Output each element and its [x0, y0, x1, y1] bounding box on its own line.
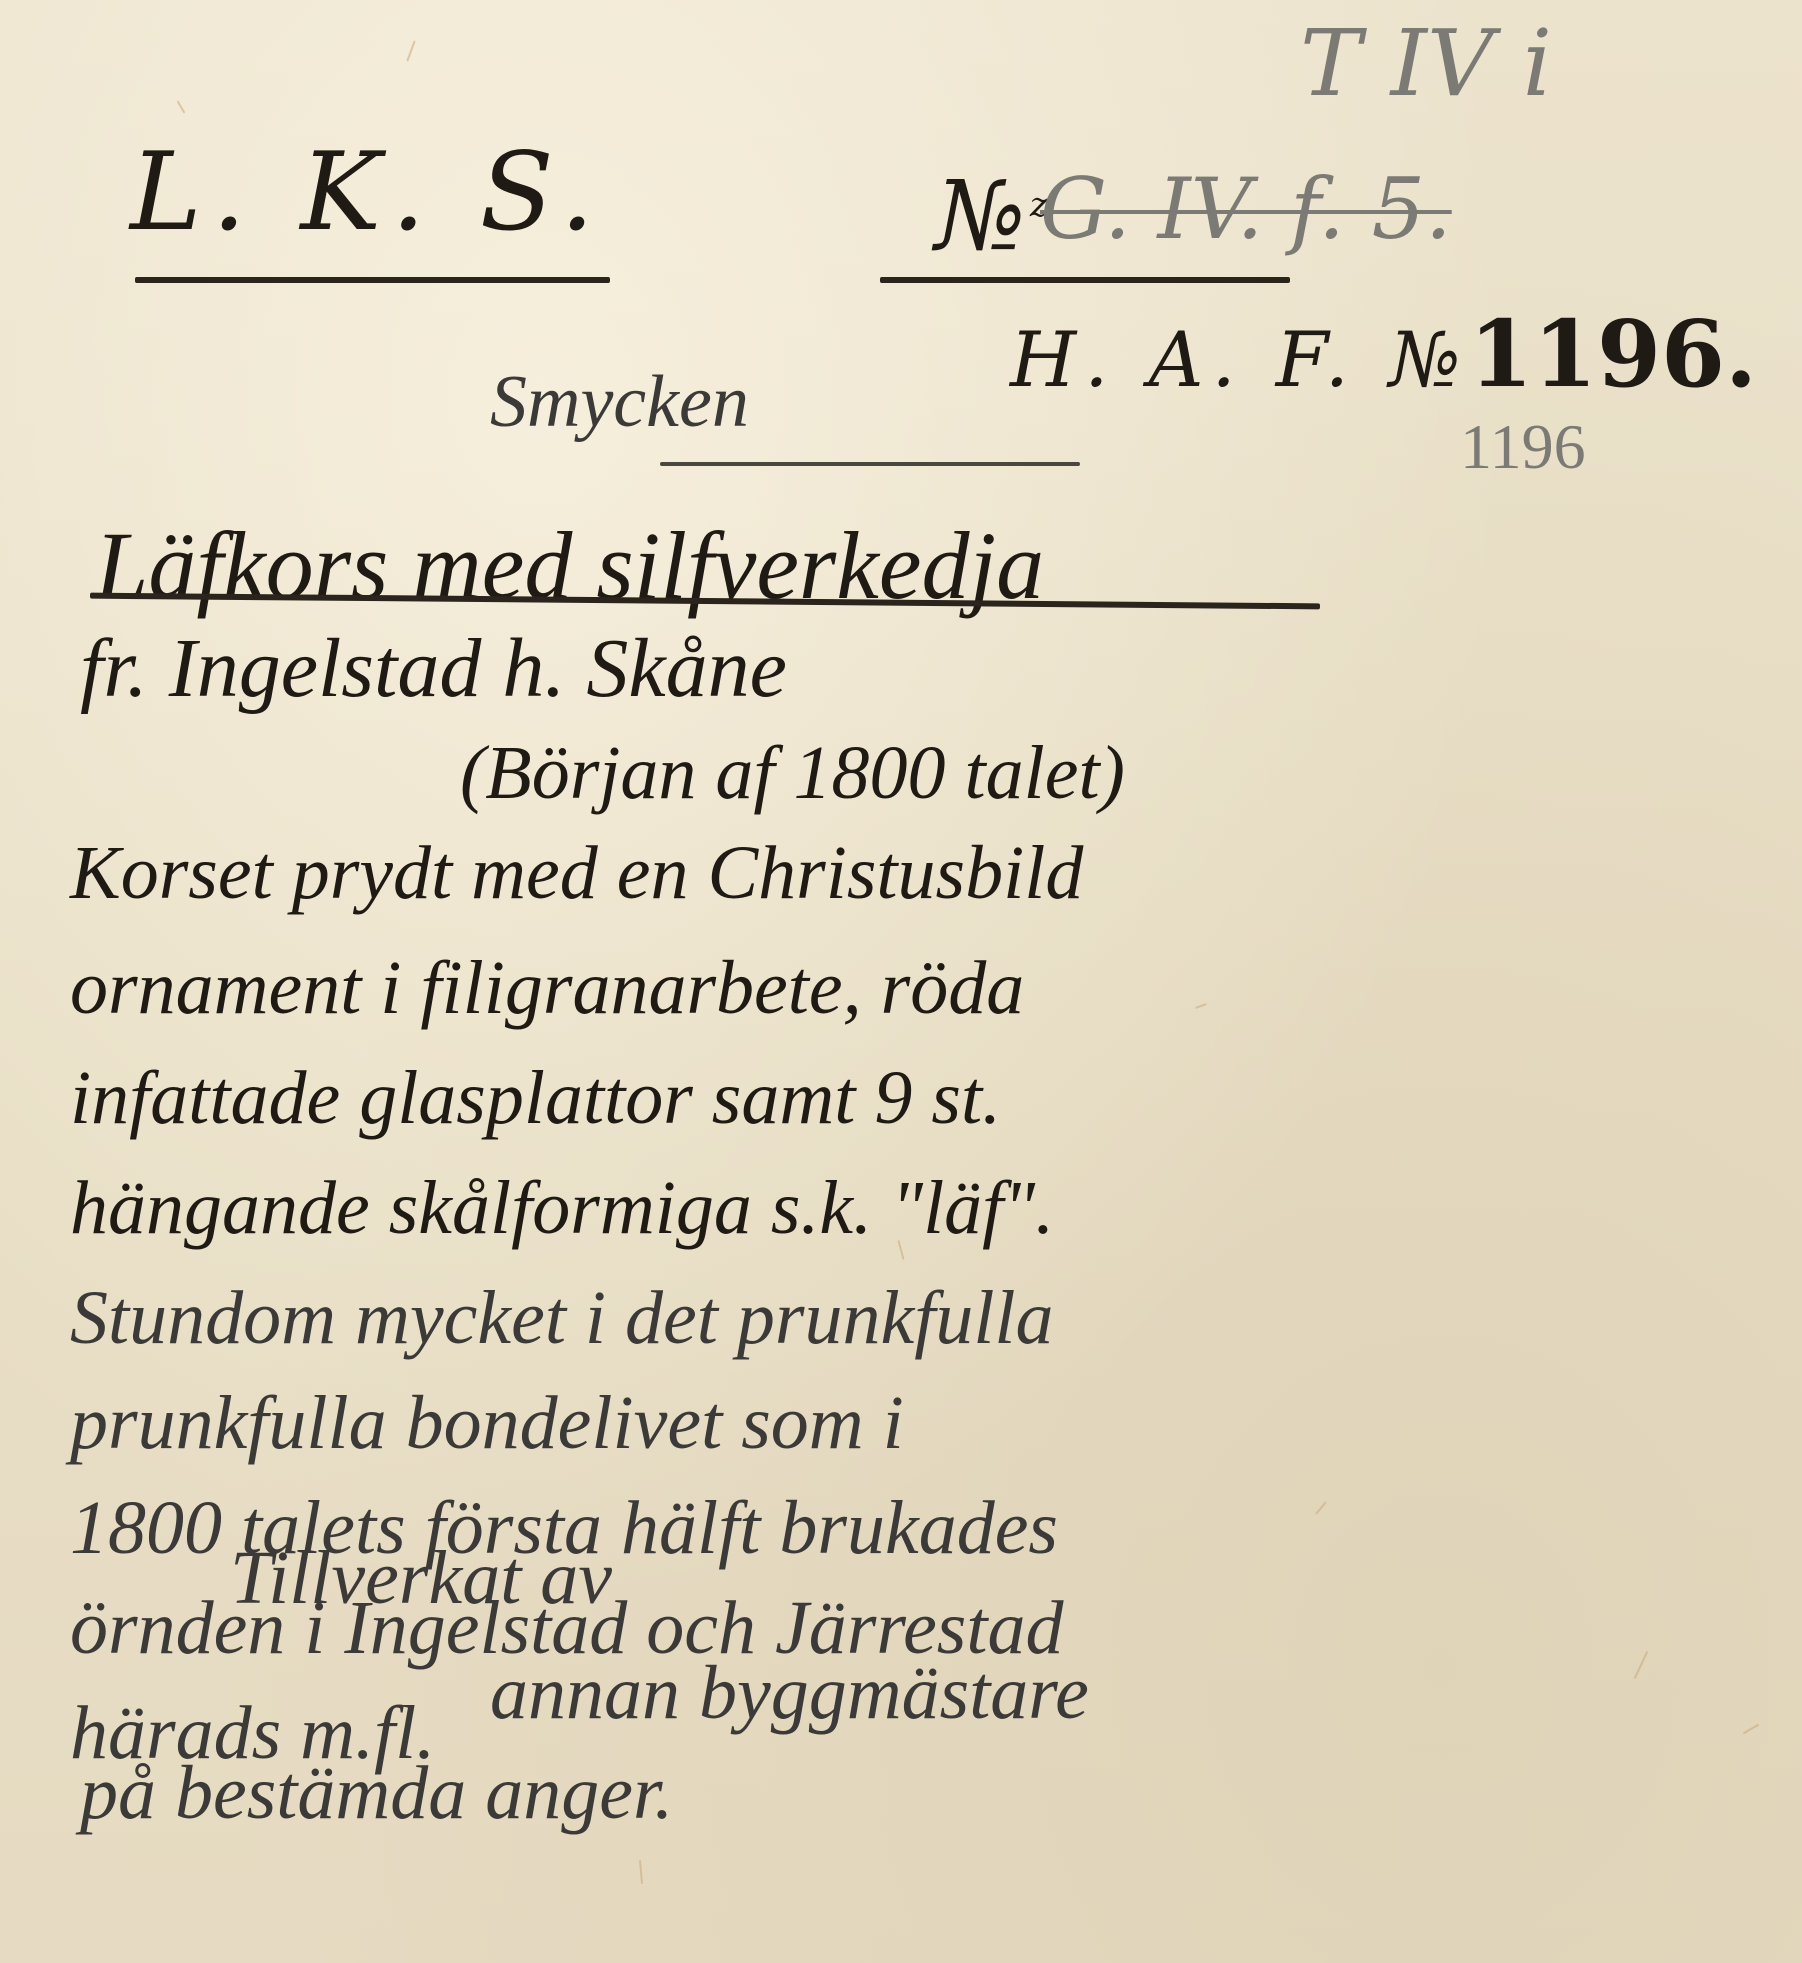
- note-line: Tillverkat av: [230, 1535, 612, 1622]
- archive-card: L. K. S. T IV i №z G. IV. f. 5. H. A. F.…: [0, 0, 1802, 1963]
- description-line: ornament i filigranarbete, röda: [70, 945, 1024, 1032]
- haf-label: H. A. F. №: [1010, 315, 1469, 404]
- provenance: fr. Ingelstad h. Skåne: [80, 620, 787, 717]
- header-rule-left: [135, 277, 610, 283]
- note-line: annan byggmästare: [490, 1650, 1089, 1737]
- period: (Början af 1800 talet): [460, 730, 1125, 817]
- old-number-struck: G. IV. f. 5.: [1040, 160, 1452, 258]
- haf-number: 1196.: [1469, 300, 1757, 408]
- description-line: Korset prydt med en Christusbild: [70, 830, 1083, 917]
- number-label: №z: [935, 160, 1048, 272]
- category: Smycken: [490, 360, 749, 445]
- description-line: prunkfulla bondelivet som i: [70, 1380, 904, 1467]
- header-rule-right: [880, 277, 1290, 283]
- description-line: Stundom mycket i det prunkfulla: [70, 1275, 1054, 1362]
- paper-fiber: [1743, 1724, 1760, 1735]
- description-line: infattade glasplattor samt 9 st.: [70, 1055, 1001, 1142]
- paper-fiber: [406, 40, 415, 61]
- pencil-number: 1196: [1460, 410, 1586, 484]
- pencil-shelfmark: T IV i: [1300, 10, 1552, 117]
- paper-fiber: [639, 1860, 643, 1884]
- category-underline: [660, 462, 1080, 466]
- collection-mark: L. K. S.: [130, 130, 604, 255]
- paper-fiber: [1315, 1501, 1327, 1515]
- description-line: hängande skålformiga s.k. "läf".: [70, 1165, 1054, 1252]
- haf-reference: H. A. F. №1196.: [1010, 300, 1757, 408]
- paper-fiber: [1195, 1003, 1207, 1009]
- number-symbol: №: [935, 160, 1026, 272]
- paper-fiber: [1634, 1651, 1648, 1679]
- note-line: på bestämda anger.: [80, 1750, 673, 1837]
- paper-fiber: [177, 100, 186, 113]
